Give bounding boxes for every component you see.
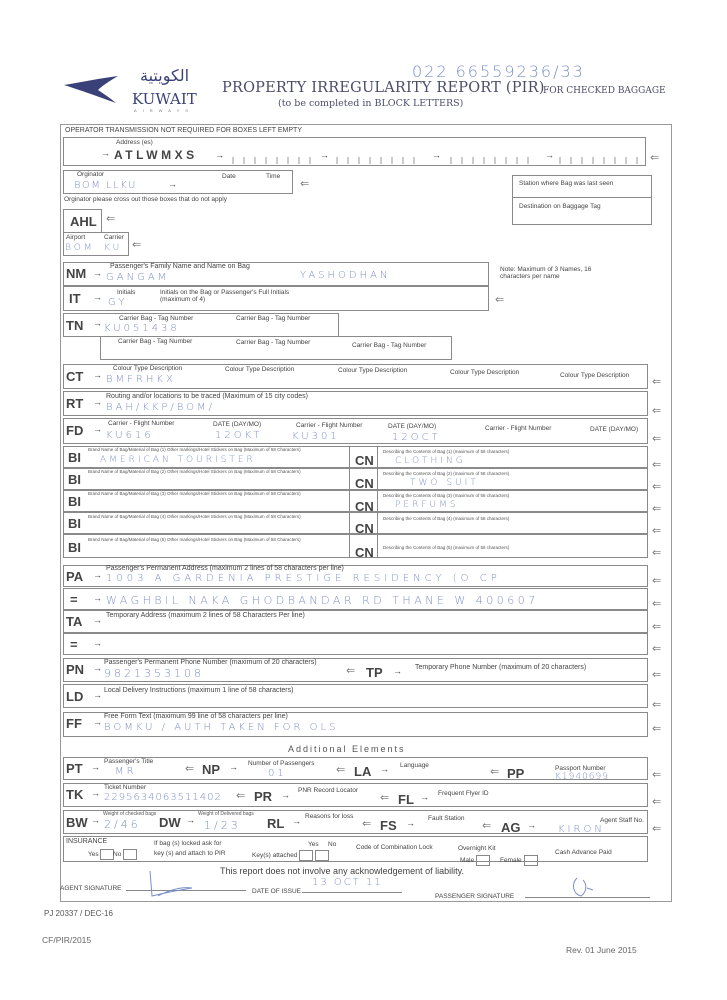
pr-code: PR xyxy=(254,789,272,804)
ld-code: LD xyxy=(66,689,83,704)
insurance-no-checkbox[interactable] xyxy=(123,849,137,860)
arrow-icon: → xyxy=(101,148,110,158)
return-icon: ⇐ xyxy=(380,791,389,804)
arrow-icon: → xyxy=(93,690,102,700)
carrier-label: Carrier xyxy=(104,234,124,241)
return-icon: ⇐ xyxy=(652,620,661,633)
originator-note: Orginator please cross out those boxes t… xyxy=(64,196,227,203)
keys-no-checkbox[interactable] xyxy=(315,850,329,861)
rl-label: Reasons for loss xyxy=(305,813,353,820)
rt-label: Routing and/or locations to be traced (M… xyxy=(106,393,308,400)
cn-label: Describing the Contents of Bag (2) (maxi… xyxy=(383,471,509,476)
fd-date-2[interactable]: 12OCT xyxy=(392,432,441,443)
bw-label: Weight of checked bags xyxy=(103,811,156,817)
station-last-seen[interactable]: Station where Bag was last seen xyxy=(519,180,613,187)
cn-value[interactable]: CLOTHING xyxy=(395,456,466,466)
tn-label-2: Carrier Bag - Tag Number xyxy=(236,315,310,322)
arrow-icon: → xyxy=(91,762,100,772)
return-icon: ⇐ xyxy=(652,404,661,417)
insurance-no-label: No xyxy=(113,851,121,858)
carrier-value[interactable]: KU xyxy=(104,243,122,253)
page-title: PROPERTY IRREGULARITY REPORT (PIR) xyxy=(222,80,545,96)
male-label: Male xyxy=(460,857,474,864)
keys-yes-checkbox[interactable] xyxy=(299,850,313,861)
return-icon: ⇐ xyxy=(132,238,141,251)
return-icon: ⇐ xyxy=(346,664,355,677)
insurance-yes[interactable]: Yes xyxy=(88,849,114,860)
return-icon: ⇐ xyxy=(652,524,661,537)
return-icon: ⇐ xyxy=(652,480,661,493)
return-icon: ⇐ xyxy=(652,698,661,711)
ct-label-3: Colour Type Description xyxy=(338,367,407,374)
key-label-2: key (s) and attach to PIR xyxy=(154,850,226,857)
fs-label: Fault Station xyxy=(428,815,465,822)
date-line xyxy=(302,892,402,893)
it-code: IT xyxy=(69,291,81,306)
pn-value[interactable]: 9821353108 xyxy=(104,667,204,680)
form-reference: CF/PIR/2015 xyxy=(42,935,91,945)
address-field-2[interactable] xyxy=(228,150,316,164)
rl-code: RL xyxy=(267,816,284,831)
keys-attached: Key(s) attached xyxy=(252,850,329,861)
divider xyxy=(349,446,350,558)
destination-tag[interactable]: Destination on Baggage Tag xyxy=(519,203,601,210)
return-icon: ⇐ xyxy=(490,765,499,778)
nm-code: NM xyxy=(66,266,86,281)
agent-signature[interactable] xyxy=(140,868,210,900)
cn-value[interactable]: PERFUMS xyxy=(395,500,459,510)
la-code: LA xyxy=(354,764,371,779)
fd-code: FD xyxy=(66,423,83,438)
ahl-code: AHL xyxy=(70,214,97,229)
return-icon: ⇐ xyxy=(362,817,371,830)
return-icon: ⇐ xyxy=(652,502,661,515)
bi-code: BI xyxy=(68,540,81,555)
initials-full-label: Initials on the Bag or Passenger's Full … xyxy=(160,289,290,303)
arrow-icon: → xyxy=(93,397,102,407)
pr-label: PNR Record Locator xyxy=(298,787,358,794)
tn-label-1: Carrier Bag - Tag Number xyxy=(119,315,193,322)
arrow-icon: → xyxy=(393,666,402,676)
bi-label: Brand Name of Bag/Material of Bag (5) Ot… xyxy=(88,537,301,542)
pa-line-1[interactable]: 1003 A GARDENIA PRESTIGE RESIDENCY (O CP xyxy=(106,573,501,584)
date-label: Date xyxy=(222,173,236,180)
return-icon: ⇐ xyxy=(652,642,661,655)
initials-label: Initials xyxy=(117,289,135,296)
arrow-icon: → xyxy=(93,370,102,380)
return-icon: ⇐ xyxy=(106,212,115,225)
arrow-icon: → xyxy=(93,717,102,727)
tk-value[interactable]: 2295634063511402 xyxy=(104,792,222,803)
originator-value[interactable]: BOM LLKU xyxy=(74,180,137,191)
date-of-issue-value[interactable]: 13 OCT 11 xyxy=(312,877,383,888)
bi-label: Brand Name of Bag/Material of Bag (2) Ot… xyxy=(88,469,301,474)
bi-code: BI xyxy=(68,450,81,465)
originator-label: Orginator xyxy=(77,171,104,178)
tn-label-5: Carrier Bag - Tag Number xyxy=(352,342,426,349)
pt-label: Passenger's Title xyxy=(104,758,153,765)
pt-value[interactable]: MR xyxy=(115,766,137,777)
fd-flight-1[interactable]: KU616 xyxy=(106,430,154,441)
male-checkbox[interactable] xyxy=(476,855,490,866)
bird-icon xyxy=(62,76,120,104)
fd-carrier-label-3: Carrier - Flight Number xyxy=(485,425,551,432)
arrow-icon: → xyxy=(93,663,102,673)
fl-code: FL xyxy=(398,792,414,807)
arrow-icon: → xyxy=(186,815,195,825)
initials-value[interactable]: GY xyxy=(108,297,127,308)
ct-label-2: Colour Type Description xyxy=(225,366,294,373)
liability-note: This report does not involve any acknowl… xyxy=(220,866,464,876)
additional-elements-title: Additional Elements xyxy=(288,744,406,754)
pa-code: PA xyxy=(66,569,83,584)
cn-code: CN xyxy=(355,476,374,491)
overnight-male[interactable]: Male xyxy=(460,855,490,866)
pa-line-2[interactable]: WAGHBIL NAKA GHODBANDAR RD THANE W 40060… xyxy=(106,594,539,607)
airport-value[interactable]: BOM xyxy=(65,243,95,253)
bi-value[interactable]: AMERICAN TOURISTER xyxy=(100,455,256,465)
combination-lock-label[interactable]: Code of Combination Lock xyxy=(356,844,433,851)
continuation-mark: = xyxy=(70,637,78,652)
arrow-icon: → xyxy=(93,292,102,302)
arrow-icon: → xyxy=(91,788,100,798)
insurance-no[interactable]: No xyxy=(113,849,137,860)
np-value[interactable]: 01 xyxy=(268,768,287,779)
bi-label: Brand Name of Bag/Material of Bag (3) Ot… xyxy=(88,491,301,496)
ff-label: Free Form Text (maximum 99 line of 58 ch… xyxy=(104,713,288,720)
cn-label: Describing the Contents of Bag (1) (maxi… xyxy=(383,449,509,454)
return-icon: ⇐ xyxy=(650,151,659,164)
return-icon: ⇐ xyxy=(482,819,491,832)
key-no-label: No xyxy=(328,841,336,848)
kuwait-logo: الكويتية KUWAIT AIRWAYS xyxy=(62,68,212,114)
key-label-1: If bag (s) locked ask for xyxy=(154,840,222,847)
bi-code: BI xyxy=(68,516,81,531)
arrow-icon: → xyxy=(215,150,224,160)
arrow-icon: → xyxy=(93,570,102,580)
fl-label: Frequent Flyer ID xyxy=(438,790,489,797)
female-label: Female xyxy=(500,857,522,864)
tp-code: TP xyxy=(366,665,383,680)
ta-label: Temporary Address (maximum 2 lines of 58… xyxy=(106,612,305,619)
agent-signature-label: AGENT SIGNATURE xyxy=(60,885,122,892)
return-icon: ⇐ xyxy=(652,722,661,735)
address-field-4[interactable] xyxy=(445,150,535,164)
pp-label: Passport Number xyxy=(555,765,606,772)
pt-code: PT xyxy=(66,761,83,776)
ta-code: TA xyxy=(66,614,82,629)
arrow-icon: → xyxy=(229,762,238,772)
cash-advance-label[interactable]: Cash Advance Paid xyxy=(555,849,612,856)
arrow-icon: → xyxy=(406,818,415,828)
return-icon: ⇐ xyxy=(185,762,194,775)
ag-label: Agent Staff No. xyxy=(600,817,644,824)
return-icon: ⇐ xyxy=(652,668,661,681)
cn-value[interactable]: TWO SUIT xyxy=(410,478,479,488)
overnight-kit-label: Overnight Kit xyxy=(458,845,496,852)
return-icon: ⇐ xyxy=(336,763,345,776)
tk-code: TK xyxy=(66,787,83,802)
address-label: Address (es) xyxy=(116,139,153,146)
dw-value[interactable]: 1/23 xyxy=(204,819,241,832)
airport-label: Airport xyxy=(66,234,85,241)
arrow-icon: → xyxy=(93,424,102,434)
ct-label-5: Colour Type Description xyxy=(560,372,629,379)
arrow-icon: → xyxy=(527,820,536,830)
return-icon: ⇐ xyxy=(300,177,309,190)
ff-code: FF xyxy=(66,716,82,731)
ld-label: Local Delivery Instructions (maximum 1 l… xyxy=(104,687,293,694)
female-checkbox[interactable] xyxy=(524,855,538,866)
time-label: Time xyxy=(266,173,280,180)
arrow-icon: → xyxy=(93,593,102,603)
np-label: Number of Passengers xyxy=(248,760,314,767)
divider xyxy=(512,197,652,198)
dw-label: Weight of Delivered bags xyxy=(198,811,254,817)
arrow-icon: → xyxy=(380,764,389,774)
tn-label-4: Carrier Bag - Tag Number xyxy=(236,339,310,346)
divider xyxy=(377,446,378,558)
ff-value[interactable]: BOMKU / AUTH TAKEN FOR OLS xyxy=(104,722,338,733)
arrow-icon: → xyxy=(320,150,329,160)
arrow-icon: → xyxy=(420,792,429,802)
tn-code: TN xyxy=(66,318,83,333)
tn-label-3: Carrier Bag - Tag Number xyxy=(118,338,192,345)
pp-value[interactable]: K1940699 xyxy=(555,772,609,782)
passenger-signature-label: PASSENGER SIGNATURE xyxy=(435,893,514,900)
nm-name2[interactable]: YASHODHAN xyxy=(300,270,390,281)
logo-arabic: الكويتية xyxy=(140,66,189,85)
return-icon: ⇐ xyxy=(652,432,661,445)
cn-code: CN xyxy=(355,453,374,468)
operator-note: OPERATOR TRANSMISSION NOT REQUIRED FOR B… xyxy=(65,127,302,134)
pn-label: Passenger's Permanent Phone Number (maxi… xyxy=(104,659,317,666)
arrow-icon: → xyxy=(93,615,102,625)
ag-code: AG xyxy=(501,820,521,835)
return-icon: ⇐ xyxy=(652,458,661,471)
arrow-icon: → xyxy=(432,150,441,160)
insurance-label: INSURANCE xyxy=(66,838,107,845)
continuation-mark: = xyxy=(70,592,78,607)
tp-label: Temporary Phone Number (maximum of 20 ch… xyxy=(415,664,586,671)
tn-value-1[interactable]: KU051438 xyxy=(104,323,180,334)
keys-attached-label: Key(s) attached xyxy=(252,852,298,859)
rt-value[interactable]: BAH/KKP/BOM/ xyxy=(106,402,215,413)
fd-date-label-1: DATE (DAY/MO) xyxy=(213,421,261,428)
handwritten-ref: 022 66559236/33 xyxy=(412,62,585,81)
rt-code: RT xyxy=(66,396,83,411)
return-icon: ⇐ xyxy=(652,597,661,610)
bi-label: Brand Name of Bag/Material of Bag (1) Ot… xyxy=(88,447,301,452)
arrow-icon: → xyxy=(281,790,290,800)
address-field-5[interactable] xyxy=(555,150,643,164)
arrow-icon: → xyxy=(93,638,102,648)
arrow-icon: → xyxy=(91,815,100,825)
pa-label: Passenger's Permanent Address (maximum 2… xyxy=(106,565,344,572)
overnight-female[interactable]: Female xyxy=(500,855,538,866)
bw-code: BW xyxy=(66,815,88,830)
arrow-icon: → xyxy=(93,268,102,278)
fd-carrier-label-1: Carrier - Flight Number xyxy=(108,420,174,427)
return-icon: ⇐ xyxy=(236,789,245,802)
arrow-icon: → xyxy=(168,179,177,189)
pp-code: PP xyxy=(507,766,524,781)
bi-label: Brand Name of Bag/Material of Bag (4) Ot… xyxy=(88,514,301,519)
nm-name1[interactable]: GANGAM xyxy=(106,272,169,283)
page-subtitle: (to be completed in BLOCK LETTERS) xyxy=(278,98,463,109)
ag-value[interactable]: KIRON xyxy=(558,824,605,835)
ct-label-1: Colour Type Description xyxy=(113,365,182,372)
pn-code: PN xyxy=(66,662,84,677)
cn-label: Describing the Contents of Bag (4) (maxi… xyxy=(383,516,509,521)
arrow-icon: → xyxy=(93,318,102,328)
return-icon: ⇐ xyxy=(652,795,661,808)
fd-date-label-3: DATE (DAY/MO) xyxy=(590,426,638,433)
cn-label: Describing the Contents of Bag (5) (maxi… xyxy=(383,545,509,550)
fd-carrier-label-2: Carrier - Flight Number xyxy=(296,422,362,429)
nm-note: Note: Maximum of 3 Names, 16 characters … xyxy=(500,266,615,280)
ct-value-1[interactable]: BMFRHKX xyxy=(106,374,176,385)
ta-row-2 xyxy=(63,633,648,655)
revision: Rev. 01 June 2015 xyxy=(566,945,637,955)
insurance-yes-label: Yes xyxy=(88,851,99,858)
address-value[interactable]: ATLWMXS xyxy=(114,148,198,162)
fd-date-label-2: DATE (DAY/MO) xyxy=(388,423,436,430)
return-icon: ⇐ xyxy=(652,375,661,388)
nm-label: Passenger's Family Name and Name on Bag xyxy=(110,263,250,270)
address-field-3[interactable] xyxy=(330,150,422,164)
logo-text: KUWAIT xyxy=(132,90,197,108)
arrow-icon: → xyxy=(545,150,554,160)
return-icon: ⇐ xyxy=(652,574,661,587)
cn-code: CN xyxy=(355,545,374,560)
bi-code: BI xyxy=(68,494,81,509)
passenger-signature[interactable] xyxy=(565,874,605,902)
title-suffix: FOR CHECKED BAGGAGE xyxy=(543,86,666,96)
fd-date-1[interactable]: 12OKT xyxy=(215,430,263,441)
date-of-issue-label: DATE OF ISSUE xyxy=(252,888,301,895)
dw-code: DW xyxy=(159,815,181,830)
arrow-icon: → xyxy=(292,816,301,826)
la-label: Language xyxy=(400,762,429,769)
fs-code: FS xyxy=(380,818,397,833)
logo-subtext: AIRWAYS xyxy=(134,108,194,113)
bi-code: BI xyxy=(68,472,81,487)
return-icon: ⇐ xyxy=(495,293,504,306)
return-icon: ⇐ xyxy=(652,768,661,781)
np-code: NP xyxy=(202,762,220,777)
cn-label: Describing the Contents of Bag (3) (maxi… xyxy=(383,493,509,498)
return-icon: ⇐ xyxy=(652,546,661,559)
ct-label-4: Colour Type Description xyxy=(450,369,519,376)
form-number: PJ 20337 / DEC-16 xyxy=(44,909,113,918)
tk-label: Ticket Number xyxy=(104,784,146,791)
ct-code: CT xyxy=(66,369,83,384)
return-icon: ⇐ xyxy=(652,822,661,835)
key-yes-label: Yes xyxy=(308,841,319,848)
bw-value[interactable]: 2/46 xyxy=(104,818,141,831)
fd-flight-2[interactable]: KU301 xyxy=(292,431,340,442)
